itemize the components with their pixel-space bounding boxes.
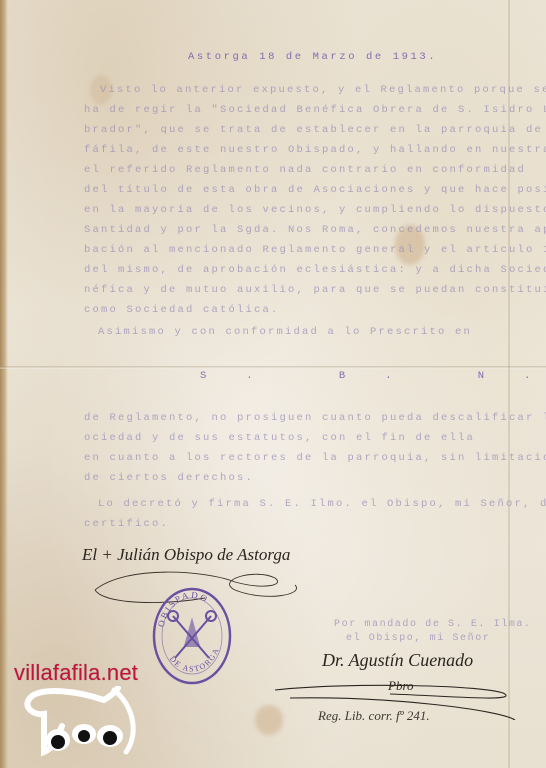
toro-logo-icon [14, 686, 144, 758]
body-line: brador", que se trata de establecer en l… [84, 124, 546, 136]
watermark-site: villafafila.net [14, 660, 138, 686]
body-line: certifico. [84, 518, 169, 530]
paper-left-edge [0, 0, 8, 768]
body-line: ha de regir la "Sociedad Benéfica Obrera… [84, 104, 546, 116]
svg-text:OBISPADO: OBISPADO [156, 590, 211, 628]
paper-fold-horizontal [0, 366, 546, 369]
secretary-typed-line: Por mandado de S. E. Ilma. [334, 619, 532, 630]
crossed-keys-mitre-icon [168, 611, 216, 658]
body-line: néfica y de mutuo auxilio, para que se p… [84, 284, 546, 296]
svg-text:DE ASTORGA: DE ASTORGA [168, 646, 221, 674]
body-line: ociedad y de sus estatutos, con el fin d… [84, 432, 475, 444]
date-line: Astorga 18 de Marzo de 1913. [188, 51, 437, 63]
body-line: Lo decretó y firma S. E. Ilmo. el Obispo… [98, 498, 546, 510]
body-line: en la mayoría de los vecinos, y cumplien… [84, 204, 546, 216]
body-line: de Reglamento, no prosiguen cuanto pueda… [84, 412, 546, 424]
body-line: bación al mencionado Reglamento general … [84, 244, 546, 256]
body-line: como Sociedad católica. [84, 304, 280, 316]
body-line: del título de esta obra de Asociaciones … [84, 184, 546, 196]
registry-note: Reg. Lib. corr. fº 241. [318, 708, 430, 724]
body-line: de ciertos derechos. [84, 472, 254, 484]
body-line: el referido Reglamento nada contrario en… [84, 164, 526, 176]
body-line: fáfila, de este nuestro Obispado, y hall… [84, 144, 546, 156]
secretary-signature: Dr. Agustín Cuenado [322, 650, 473, 671]
seal-text-bottom: DE ASTORGA [168, 646, 221, 674]
body-line: en cuanto a los rectores de la parroquia… [84, 452, 546, 464]
body-line: Santidad y por la Sgda. Nos Roma, conced… [84, 224, 546, 236]
body-line: S. B. N. [200, 370, 546, 382]
body-line: del mismo, de aprobación eclesiástica: y… [84, 264, 546, 276]
body-line: Visto lo anterior expuesto, y el Reglame… [100, 84, 546, 96]
bishopric-seal: OBISPADO DE ASTORGA [151, 586, 233, 686]
body-line: Asimismo y con conformidad a lo Prescrit… [98, 326, 472, 338]
secretary-typed-line: el Obispo, mi Señor [346, 633, 490, 644]
seal-text-top: OBISPADO [156, 590, 211, 628]
